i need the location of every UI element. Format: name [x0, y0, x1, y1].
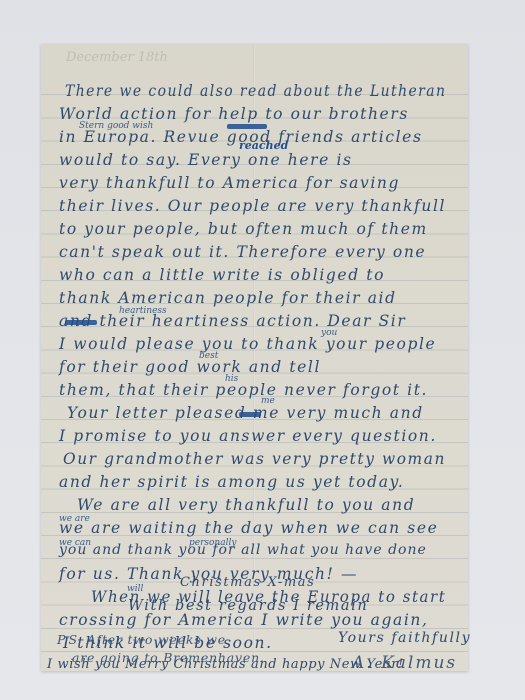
letter-line: who can a little write is obliged to: [59, 266, 385, 284]
letter-line: and their heartiness action. Dear Sir: [59, 312, 406, 330]
letter-line: we are waiting the day when we can see: [59, 519, 438, 537]
interlinear-note: you: [321, 328, 337, 338]
interlinear-note: will: [127, 584, 143, 594]
letter-line: and her spirit is among us yet today.: [59, 473, 404, 491]
interlinear-note: reached: [239, 139, 288, 152]
interlinear-note: his: [225, 374, 238, 384]
letter-line: I promise to you answer every question.: [59, 427, 437, 445]
letter-line: to your people, but often much of them: [59, 220, 428, 238]
letter-line: thank American people for their aid: [59, 289, 397, 307]
letter-line: their lives. Our people are very thankfu…: [59, 197, 446, 215]
letter-line: for their good work and tell: [59, 358, 321, 376]
interlinear-note: personally: [189, 538, 236, 548]
letter-line: very thankfull to America for saving: [59, 174, 400, 192]
letter-line: Our grandmother was very pretty woman: [63, 450, 446, 468]
letter-line: There we could also read about the Luthe…: [65, 82, 446, 100]
interlinear-note: heartiness: [119, 306, 167, 316]
letter-line: them, that their people never forgot it.: [59, 381, 428, 399]
closing-regards: With best regards I remain: [128, 598, 368, 614]
ink-correction: [227, 124, 267, 129]
letter-line: We are all very thankfull to you and: [77, 496, 415, 514]
ink-correction: [65, 320, 97, 325]
letter-line: I would please you to thank your people: [59, 335, 436, 353]
letter-line: you and thank you for all what you have …: [59, 542, 427, 558]
interlinear-note: best: [199, 351, 218, 361]
letter-line: would to say. Every one here is: [59, 151, 353, 169]
postscript-line-1: P.S. After two weeks we: [57, 632, 226, 647]
interlinear-note: Stern good wish: [79, 121, 153, 131]
ink-correction: [239, 412, 261, 417]
interlinear-note: me: [261, 396, 275, 406]
letter-line: can't speak out it. Therefore every one: [59, 243, 426, 261]
interlinear-note: we can: [59, 538, 91, 548]
postscript-line-2: are going to Bremenhaven.: [72, 650, 265, 665]
interlinear-note: we are: [59, 514, 90, 524]
christmas-line: Christmas X-mas: [180, 575, 315, 590]
closing-faithfully: Yours faithfully: [338, 630, 471, 646]
signature: A. Kalmus: [352, 653, 457, 673]
